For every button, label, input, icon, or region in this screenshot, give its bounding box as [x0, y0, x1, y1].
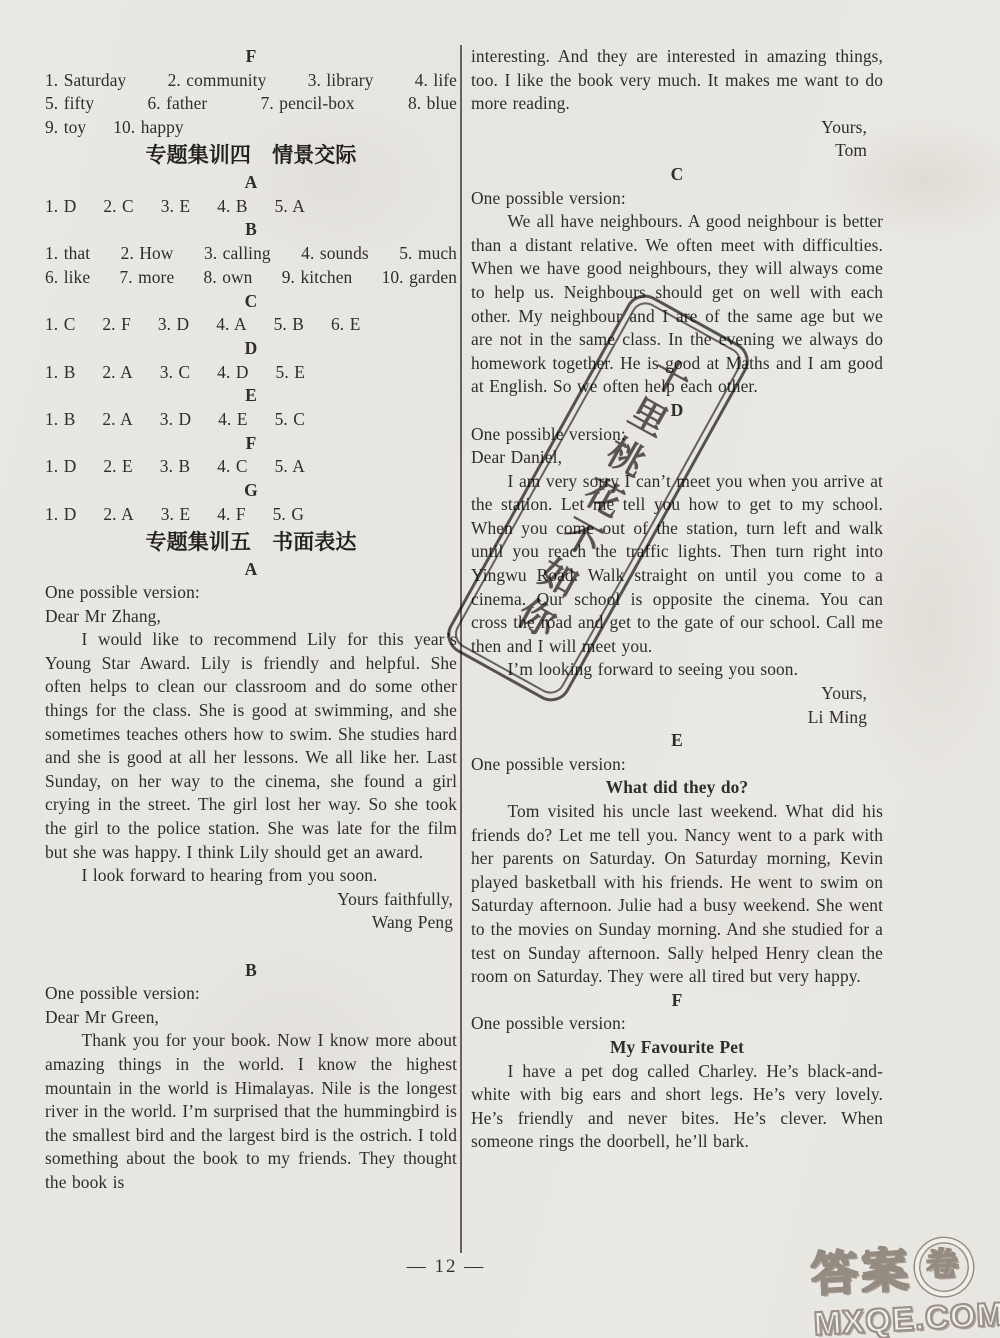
essay-title: My Favourite Pet: [471, 1036, 883, 1060]
answer-item: 3. C: [160, 361, 190, 385]
answer-item: 4. sounds: [301, 242, 369, 266]
paragraph: I would like to recommend Lily for this …: [45, 628, 457, 864]
answer-item: 7. more: [119, 266, 174, 290]
site-url-text: MXQE.COM: [813, 1297, 1000, 1338]
answer-item: 1. D: [45, 455, 76, 479]
left-column: F1. Saturday2. community3. library4. lif…: [45, 45, 457, 1195]
answer-item: 4. F: [217, 503, 245, 527]
section-letter-heading: F: [471, 989, 883, 1013]
section-letter-heading: A: [45, 171, 457, 195]
text-line: One possible version:: [45, 982, 457, 1006]
logo-text: 答案: [810, 1245, 912, 1297]
answer-item: 4. D: [217, 361, 248, 385]
answer-item: 6. E: [331, 313, 360, 337]
section-letter-heading: E: [45, 384, 457, 408]
answer-item: 4. E: [218, 408, 247, 432]
signature-line: Yours,: [471, 682, 883, 706]
answer-item: 8. own: [204, 266, 253, 290]
answer-row: 1. B2. A3. D4. E5. C: [45, 408, 457, 432]
column-divider-rule: [460, 45, 462, 1253]
answer-item: 1. Saturday: [45, 69, 126, 93]
answer-item: 5. A: [275, 455, 305, 479]
page-number: — 12 —: [0, 1256, 892, 1278]
text-line: One possible version:: [45, 581, 457, 605]
section-letter-heading: C: [471, 163, 883, 187]
text-line: One possible version:: [471, 423, 883, 447]
signature-line: Yours,: [471, 116, 883, 140]
paragraph: Tom visited his uncle last weekend. What…: [471, 800, 883, 989]
section-letter-heading: D: [471, 399, 883, 423]
text-line: Dear Daniel,: [471, 446, 883, 470]
answer-item: 10. garden: [382, 266, 457, 290]
section-letter-heading: F: [45, 432, 457, 456]
answer-row: 1. B2. A3. C4. D5. E: [45, 361, 457, 385]
answer-item: 2. A: [103, 503, 133, 527]
paragraph: I am very sorry I can’t meet you when yo…: [471, 470, 883, 659]
paragraph: Thank you for your book. Now I know more…: [45, 1029, 457, 1194]
answer-row: 1. D2. A3. E4. F5. G: [45, 503, 457, 527]
circled-character: 卷: [914, 1237, 975, 1298]
section-letter-heading: E: [471, 729, 883, 753]
answer-row: 6. like7. more8. own9. kitchen10. garden: [45, 266, 457, 290]
chinese-section-heading: 专题集训五 书面表达: [45, 529, 457, 556]
answer-item: 5. E: [276, 361, 305, 385]
answer-item: 1. C: [45, 313, 75, 337]
signature-line: Li Ming: [471, 706, 883, 730]
answer-item: 5. A: [275, 195, 305, 219]
section-letter-heading: G: [45, 479, 457, 503]
answer-item: 3. D: [158, 313, 189, 337]
section-letter-heading: A: [45, 558, 457, 582]
answer-item: 4. life: [415, 69, 457, 93]
answer-item: 2. E: [103, 455, 132, 479]
answer-item: 9. toy: [45, 116, 86, 140]
paragraph: I look forward to hearing from you soon.: [45, 864, 457, 888]
answer-item: 3. calling: [204, 242, 271, 266]
answer-item: 2. A: [102, 361, 132, 385]
text-line: Dear Mr Green,: [45, 1006, 457, 1030]
answer-item: 4. A: [216, 313, 246, 337]
answer-item: 9. kitchen: [282, 266, 353, 290]
scanned-answer-page: F1. Saturday2. community3. library4. lif…: [0, 0, 1000, 1338]
right-column: interesting. And they are interested in …: [471, 45, 883, 1154]
paragraph: interesting. And they are interested in …: [471, 45, 883, 116]
answer-item: 1. B: [45, 361, 75, 385]
answer-item: 5. G: [273, 503, 304, 527]
answer-item: 2. A: [102, 408, 132, 432]
answer-item: 6. father: [147, 92, 207, 116]
paragraph: I have a pet dog called Charley. He’s bl…: [471, 1060, 883, 1154]
answer-item: 6. like: [45, 266, 90, 290]
answer-item: 7. pencil-box: [261, 92, 355, 116]
answer-row: 1. D2. E3. B4. C5. A: [45, 455, 457, 479]
answer-item: 8. blue: [408, 92, 457, 116]
section-letter-heading: C: [45, 290, 457, 314]
answer-item: 4. C: [217, 455, 247, 479]
text-line: One possible version:: [471, 187, 883, 211]
answer-item: 1. D: [45, 195, 76, 219]
signature-line: Wang Peng: [45, 911, 457, 935]
section-letter-heading: F: [45, 45, 457, 69]
answer-row: 5. fifty6. father7. pencil-box8. blue: [45, 92, 457, 116]
section-letter-heading: D: [45, 337, 457, 361]
answer-item: 2. How: [121, 242, 174, 266]
spacer: [45, 935, 457, 959]
signature-line: Yours faithfully,: [45, 888, 457, 912]
answer-row: 9. toy10. happy: [45, 116, 457, 140]
section-letter-heading: B: [45, 959, 457, 983]
signature-line: Tom: [471, 139, 883, 163]
answer-item: 1. D: [45, 503, 76, 527]
answer-item: 10. happy: [113, 116, 184, 140]
essay-title: What did they do?: [471, 776, 883, 800]
answer-row: 1. Saturday2. community3. library4. life: [45, 69, 457, 93]
site-watermark: 答案卷 MXQE.COM: [810, 1235, 1000, 1338]
answer-item: 3. D: [160, 408, 191, 432]
answer-item: 2. C: [103, 195, 133, 219]
section-letter-heading: B: [45, 218, 457, 242]
answer-item: 5. C: [275, 408, 305, 432]
answer-item: 5. B: [274, 313, 304, 337]
answer-item: 2. community: [168, 69, 267, 93]
text-line: One possible version:: [471, 1012, 883, 1036]
answer-item: 3. library: [308, 69, 374, 93]
paragraph: I’m looking forward to seeing you soon.: [471, 658, 883, 682]
answer-row: 1. that2. How3. calling4. sounds5. much: [45, 242, 457, 266]
answer-item: 1. B: [45, 408, 75, 432]
answer-item: 4. B: [217, 195, 247, 219]
answer-item: 5. fifty: [45, 92, 94, 116]
answer-item: 2. F: [102, 313, 130, 337]
paragraph: We all have neighbours. A good neighbour…: [471, 210, 883, 399]
answer-circle-logo: 答案卷: [810, 1235, 1000, 1303]
text-line: One possible version:: [471, 753, 883, 777]
answer-item: 3. B: [160, 455, 190, 479]
text-line: Dear Mr Zhang,: [45, 605, 457, 629]
answer-row: 1. C2. F3. D4. A5. B6. E: [45, 313, 457, 337]
answer-item: 5. much: [399, 242, 457, 266]
answer-item: 3. E: [161, 195, 190, 219]
answer-item: 3. E: [161, 503, 190, 527]
answer-item: 1. that: [45, 242, 90, 266]
chinese-section-heading: 专题集训四 情景交际: [45, 142, 457, 169]
answer-row: 1. D2. C3. E4. B5. A: [45, 195, 457, 219]
